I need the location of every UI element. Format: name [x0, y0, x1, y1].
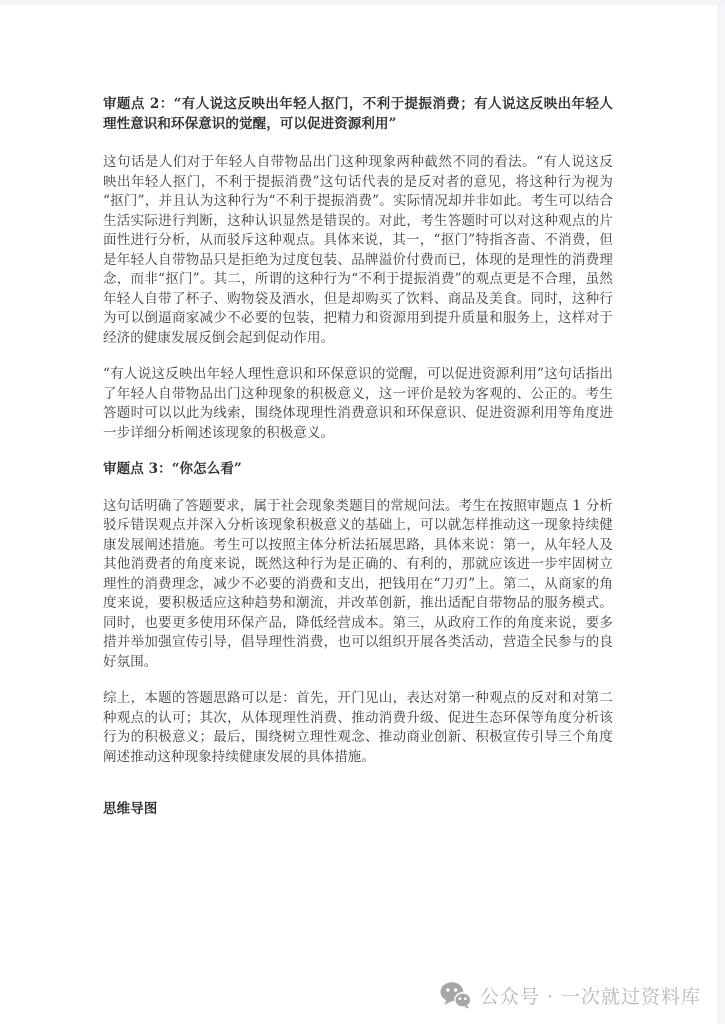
heading-review-point-3: 审题点 3：“你怎么看” — [103, 460, 613, 480]
heading-mindmap: 思维导图 — [103, 800, 613, 820]
paragraph-refute-negative-view: 这句话是人们对于年轻人自带物品出门这种现象两种截然不同的看法。“有人说这反映出年… — [103, 153, 613, 348]
wechat-icon — [440, 981, 471, 1009]
page-right-edge — [718, 5, 725, 1024]
document-body: 审题点 2：“有人说这反映出年轻人抠门，不利于提振消费；有人说这反映出年轻人理性… — [103, 95, 613, 820]
page-top-edge — [0, 0, 725, 5]
paragraph-positive-view: “有人说这反映出年轻人理性意识和环保意识的觉醒，可以促进资源利用”这句话指出了年… — [103, 365, 613, 443]
heading-review-point-2: 审题点 2：“有人说这反映出年轻人抠门，不利于提振消费；有人说这反映出年轻人理性… — [103, 95, 613, 134]
paragraph-summary: 综上，本题的答题思路可以是：首先，开门见山，表达对第一种观点的反对和对第二种观点… — [103, 689, 613, 767]
watermark-label: 公众号 · 一次就过资料库 — [480, 982, 701, 1009]
paragraph-answer-requirements: 这句话明确了答题要求，属于社会现象类题目的常规问法。考生在按照审题点 1 分析驳… — [103, 497, 613, 673]
document-page: 审题点 2：“有人说这反映出年轻人抠门，不利于提振消费；有人说这反映出年轻人理性… — [0, 0, 725, 1024]
watermark-footer: 公众号 · 一次就过资料库 — [440, 981, 701, 1009]
